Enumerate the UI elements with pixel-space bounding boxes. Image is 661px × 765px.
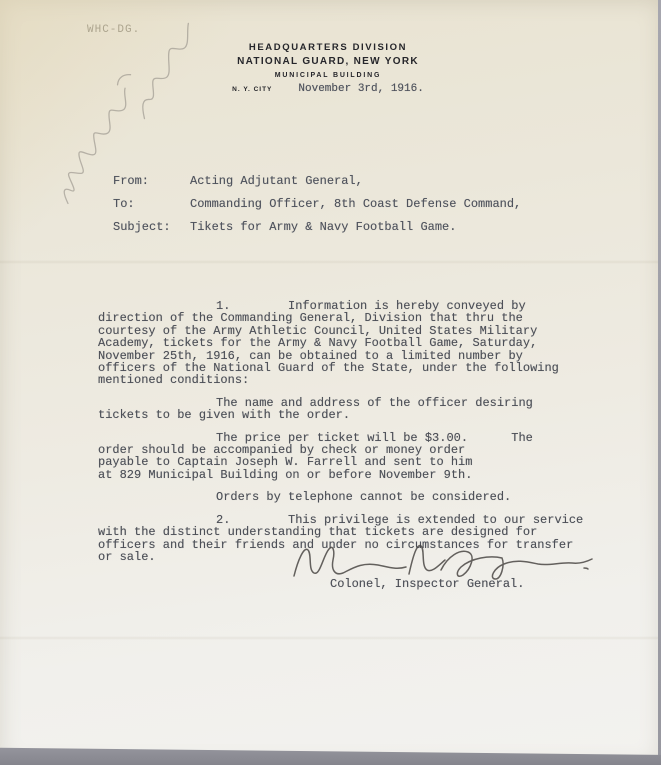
meta-row-from: From: Acting Adjutant General,	[113, 174, 521, 188]
from-value: Acting Adjutant General,	[190, 174, 363, 188]
meta-row-subject: Subject: Tikets for Army & Navy Football…	[113, 220, 521, 234]
subject-label: Subject:	[113, 220, 190, 234]
letter-body: 1. Information is hereby conveyed by dir…	[98, 300, 598, 563]
letterhead-city: N. Y. CITY	[232, 86, 272, 93]
letter-meta-block: From: Acting Adjutant General, To: Comma…	[113, 174, 521, 243]
letterhead-line2: NATIONAL GUARD, NEW YORK	[0, 56, 656, 67]
letterhead: HEADQUARTERS DIVISION NATIONAL GUARD, NE…	[0, 42, 656, 95]
signer-title: Colonel, Inspector General.	[330, 577, 524, 591]
meta-row-to: To: Commanding Officer, 8th Coast Defens…	[113, 197, 521, 211]
letterhead-dateline: N. Y. CITY November 3rd, 1916.	[0, 83, 656, 95]
scan-bottom-edge	[0, 741, 661, 765]
letter-date: November 3rd, 1916.	[298, 83, 423, 95]
subject-value: Tikets for Army & Navy Football Game.	[190, 220, 456, 234]
scanned-letter-page: WHC-DG. HEADQUARTERS DIVISION NATIONAL G…	[0, 0, 661, 765]
paragraph-3: The price per ticket will be $3.00. The …	[98, 432, 598, 482]
paragraph-1: 1. Information is hereby conveyed by dir…	[98, 300, 598, 387]
fold-crease-top	[0, 260, 661, 264]
paragraph-2: The name and address of the officer desi…	[98, 397, 598, 422]
letterhead-line1: HEADQUARTERS DIVISION	[0, 42, 656, 53]
letterhead-line3: MUNICIPAL BUILDING	[0, 72, 656, 79]
paragraph-4: Orders by telephone cannot be considered…	[98, 491, 598, 503]
to-label: To:	[113, 197, 190, 211]
to-value: Commanding Officer, 8th Coast Defense Co…	[190, 197, 521, 211]
from-label: From:	[113, 174, 190, 188]
fold-crease-bottom	[0, 636, 661, 640]
file-code: WHC-DG.	[87, 24, 140, 36]
